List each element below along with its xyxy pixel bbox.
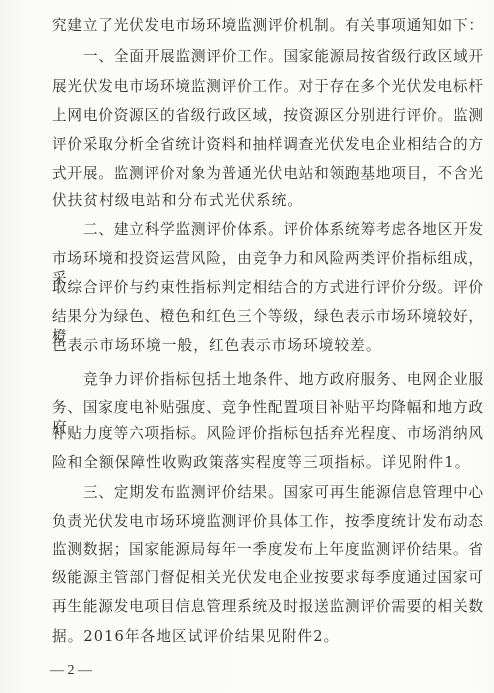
text-line-11: 结​ 果​ 分​ 为​ 绿​ 色​ 、​ 橙​ 色​ 和​ 红​ 色​ 三​ 个… <box>52 307 483 327</box>
text-line-21: 再​ 生​ 能​ 源​ 发​ 电​ 项​ 目​ 信​ 息​ 管​ 理​ 系​ 统… <box>52 597 483 617</box>
document-page: 究​ 建​ 立​ 了​ 光​ 伏​ 发​ 电​ 市​ 场​ 环​ 境​ 监​ 测… <box>0 0 494 693</box>
text-line-19: 监​ 测​ 数​ 据​ ；​ 国​ 家​ 能​ 源​ 局​ 每​ 年​ 一​ 季… <box>52 540 483 560</box>
section-heading-1: 一​ 、​ 全​ 面​ 开​ 展​ 监​ 测​ 评​ 价​ 工​ 作​ 。​ 国… <box>83 47 483 67</box>
text-line-1: 究​ 建​ 立​ 了​ 光​ 伏​ 发​ 电​ 市​ 场​ 环​ 境​ 监​ 测… <box>52 16 483 36</box>
text-line-12: 色表示市场环境一般，红色表示市场环境较差。 <box>52 336 483 356</box>
text-line-3: 展​ 光​ 伏​ 发​ 电​ 市​ 场​ 环​ 境​ 监​ 测​ 评​ 价​ 工… <box>52 77 483 97</box>
text-line-16: 险和全额保障性收购政策落实程度等三项指标。详见附件1。 <box>52 453 483 473</box>
page-number: — 2 — <box>50 661 92 681</box>
text-line-10: 取​ 综​ 合​ 评​ 价​ 与​ 约​ 束​ 性​ 指​ 标​ 判​ 定​ 相… <box>52 278 483 298</box>
text-line-4: 上​ 网​ 电​ 价​ 资​ 源​ 区​ 的​ 省​ 级​ 行​ 政​ 区​ 域… <box>52 106 483 126</box>
text-line-5: 评​ 价​ 采​ 取​ 分​ 析​ 全​ 省​ 统​ 计​ 资​ 料​ 和​ 抽… <box>52 135 483 155</box>
text-line-7: 伏扶贫村级电站和分布式光伏系统。 <box>52 191 483 211</box>
text-line-9: 市​ 场​ 环​ 境​ 和​ 投​ 资​ 运​ 营​ 风​ 险​ ，​ 由​ 竞… <box>52 249 483 269</box>
text-line-20: 级​ 能​ 源​ 主​ 管​ 部​ 门​ 督​ 促​ 相​ 关​ 光​ 伏​ 发… <box>52 568 483 588</box>
paragraph-start-competitiveness: 竞​ 争​ 力​ 评​ 价​ 指​ 标​ 包​ 括​ 土​ 地​ 条​ 件​ 、… <box>83 370 483 390</box>
section-heading-2: 二​ 、​ 建​ 立​ 科​ 学​ 监​ 测​ 评​ 价​ 体​ 系​ 。​ 评… <box>83 220 483 240</box>
text-line-18: 负​ 责​ 光​ 伏​ 发​ 电​ 市​ 场​ 环​ 境​ 监​ 测​ 评​ 价… <box>52 512 483 532</box>
text-line-14: 务​ 、​ 国​ 家​ 度​ 电​ 补​ 贴​ 强​ 度​ 、​ 竞​ 争​ 性… <box>52 398 483 418</box>
text-line-15: 补​ 贴​ 力​ 度​ 等​ 六​ 项​ 指​ 标​ 。​ 风​ 险​ 评​ 价… <box>52 424 483 444</box>
section-heading-3: 三​ 、​ 定​ 期​ 发​ 布​ 监​ 测​ 评​ 价​ 结​ 果​ 。​ 国… <box>83 483 483 503</box>
text-line-22: 据。2016年各地区试评价结果见附件2。 <box>52 627 483 647</box>
text-line-6: 式​ 开​ 展​ 。​ 监​ 测​ 评​ 价​ 对​ 象​ 为​ 普​ 通​ 光… <box>52 164 483 184</box>
